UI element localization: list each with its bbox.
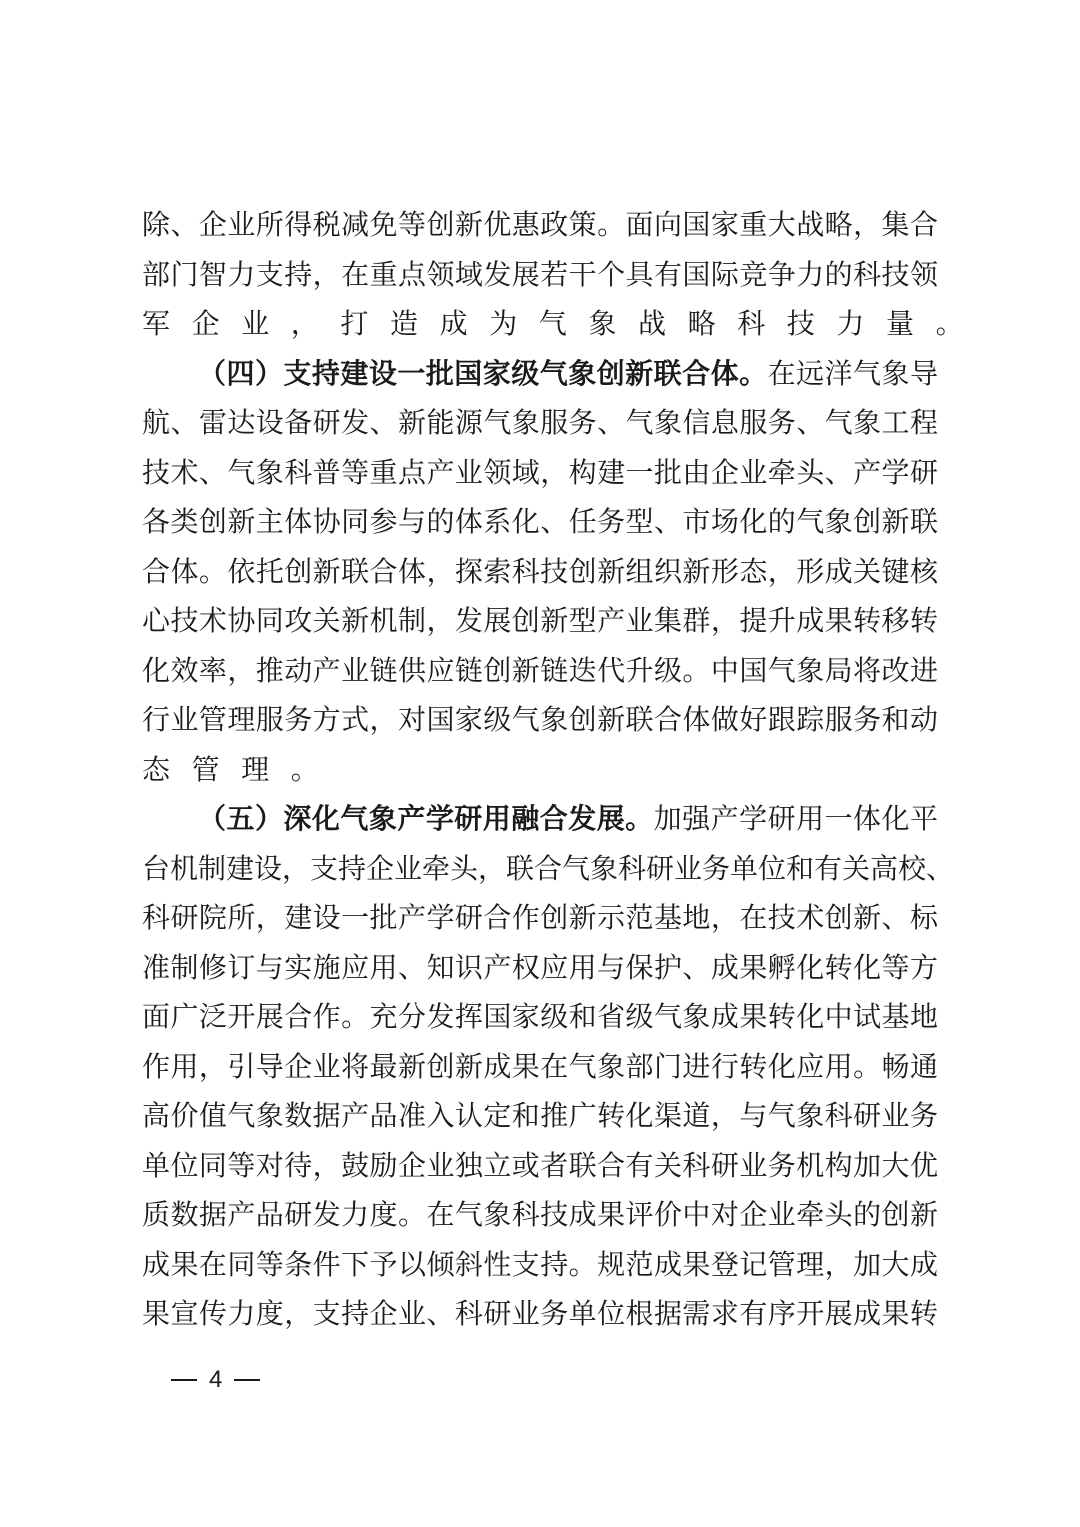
text-line: 果宣传力度，支持企业、科研业务单位根据需求有序开展成果转 bbox=[142, 1289, 938, 1339]
document-body: 除、企业所得税减免等创新优惠政策。面向国家重大战略，集合 部门智力支持，在重点领… bbox=[142, 200, 938, 1339]
section-heading: （四）支持建设一批国家级气象创新联合体。 bbox=[198, 357, 768, 390]
text-line: 化效率，推动产业链供应链创新链迭代升级。中国气象局将改进 bbox=[142, 646, 938, 696]
dash-right bbox=[234, 1379, 260, 1381]
dash-left bbox=[171, 1379, 197, 1381]
section-heading: （五）深化气象产学研用融合发展。 bbox=[198, 802, 654, 835]
text-run: 加强产学研用一体化平 bbox=[654, 802, 938, 835]
text-line: 态管理。 bbox=[142, 745, 938, 795]
text-line: 作用，引导企业将最新创新成果在气象部门进行转化应用。畅通 bbox=[142, 1042, 938, 1092]
text-line: 各类创新主体协同参与的体系化、任务型、市场化的气象创新联 bbox=[142, 497, 938, 547]
text-line: 质数据产品研发力度。在气象科技成果评价中对企业牵头的创新 bbox=[142, 1190, 938, 1240]
text-line: 部门智力支持，在重点领域发展若干个具有国际竞争力的科技领 bbox=[142, 250, 938, 300]
text-run: 在远洋气象导 bbox=[768, 357, 938, 390]
page-number-value: 4 bbox=[209, 1366, 222, 1394]
document-page: 除、企业所得税减免等创新优惠政策。面向国家重大战略，集合 部门智力支持，在重点领… bbox=[0, 0, 1080, 1527]
text-line: 心技术协同攻关新机制，发展创新型产业集群，提升成果转移转 bbox=[142, 596, 938, 646]
section-heading-line: （四）支持建设一批国家级气象创新联合体。在远洋气象导 bbox=[142, 349, 938, 399]
text-line: 成果在同等条件下予以倾斜性支持。规范成果登记管理，加大成 bbox=[142, 1240, 938, 1290]
text-line: 台机制建设，支持企业牵头，联合气象科研业务单位和有关高校、 bbox=[142, 844, 938, 894]
text-line: 面广泛开展合作。充分发挥国家级和省级气象成果转化中试基地 bbox=[142, 992, 938, 1042]
text-line: 单位同等对待，鼓励企业独立或者联合有关科研业务机构加大优 bbox=[142, 1141, 938, 1191]
page-number: 4 bbox=[171, 1366, 260, 1394]
text-line: 军企业，打造成为气象战略科技力量。 bbox=[142, 299, 938, 349]
text-line: 航、雷达设备研发、新能源气象服务、气象信息服务、气象工程 bbox=[142, 398, 938, 448]
section-heading-line: （五）深化气象产学研用融合发展。加强产学研用一体化平 bbox=[142, 794, 938, 844]
text-line: 行业管理服务方式，对国家级气象创新联合体做好跟踪服务和动 bbox=[142, 695, 938, 745]
text-line: 科研院所，建设一批产学研合作创新示范基地，在技术创新、标 bbox=[142, 893, 938, 943]
text-line: 除、企业所得税减免等创新优惠政策。面向国家重大战略，集合 bbox=[142, 200, 938, 250]
text-line: 合体。依托创新联合体，探索科技创新组织新形态，形成关键核 bbox=[142, 547, 938, 597]
text-line: 准制修订与实施应用、知识产权应用与保护、成果孵化转化等方 bbox=[142, 943, 938, 993]
text-line: 技术、气象科普等重点产业领域，构建一批由企业牵头、产学研 bbox=[142, 448, 938, 498]
text-line: 高价值气象数据产品准入认定和推广转化渠道，与气象科研业务 bbox=[142, 1091, 938, 1141]
